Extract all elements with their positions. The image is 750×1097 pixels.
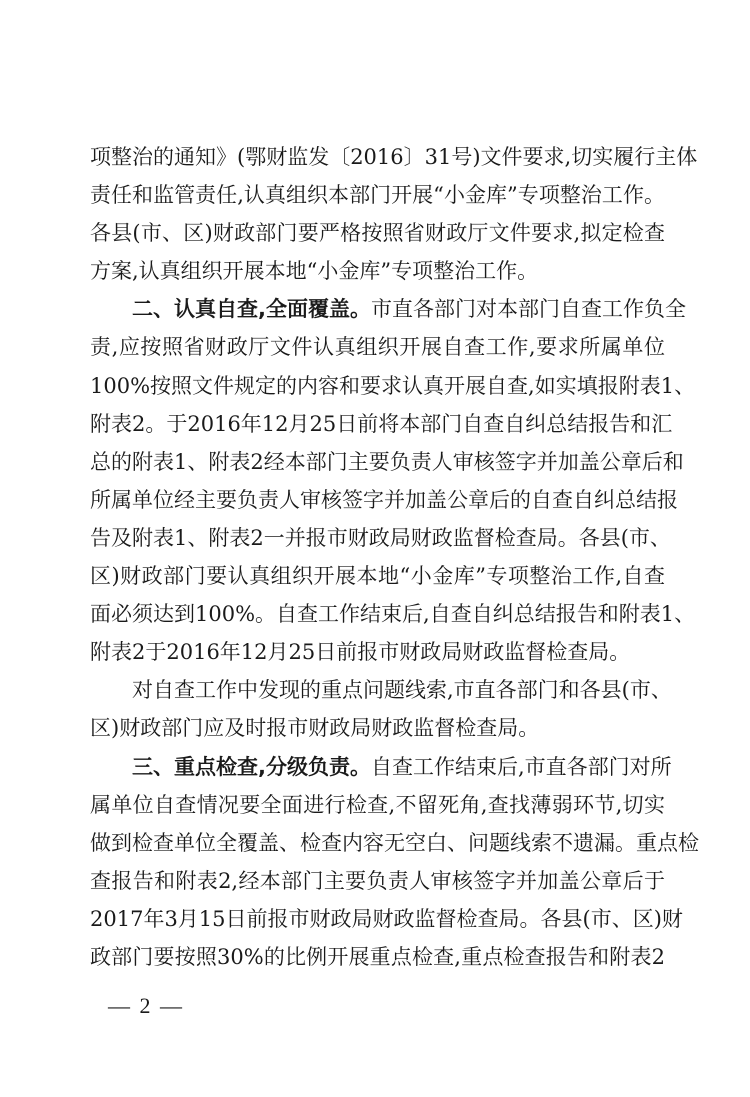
section-two-heading: 二、认真自查,全面覆盖。 [132,297,371,321]
text-line: 区)财政部门要认真组织开展本地“小金库”专项整治工作,自查 [90,557,665,595]
text-line: 区)财政部门应及时报市财政局财政监督检查局。 [90,709,665,747]
text-line: 对自查工作中发现的重点问题线索,市直各部门和各县(市、 [90,671,665,709]
text-line: 2017年3月15日前报市财政局财政监督检查局。各县(市、区)财 [90,900,665,938]
section-two-first-line: 二、认真自查,全面覆盖。市直各部门对本部门自查工作负全 [90,290,665,328]
text-line: 附表2于2016年12月25日前报市财政局财政监督检查局。 [90,633,665,671]
text-line: 做到检查单位全覆盖、检查内容无空白、问题线索不遗漏。重点检 [90,824,665,862]
text-line: 责任和监管责任,认真组织本部门开展“小金库”专项整治工作。 [90,176,665,214]
section-two-text: 市直各部门对本部门自查工作负全 [371,297,686,321]
section-three-heading: 三、重点检查,分级负责。 [132,755,371,779]
text-line: 告及附表1、附表2一并报市财政局财政监督检查局。各县(市、 [90,519,665,557]
text-line: 附表2。于2016年12月25日前将本部门自查自纠总结报告和汇 [90,405,665,443]
section-three-text: 自查工作结束后,市直各部门对所 [371,755,672,779]
text-line: 面必须达到100%。自查工作结束后,自查自纠总结报告和附表1、 [90,595,665,633]
text-line: 各县(市、区)财政部门要严格按照省财政厅文件要求,拟定检查 [90,214,665,252]
document-page: 项整治的通知》(鄂财监发〔2016〕31号)文件要求,切实履行主体 责任和监管责… [90,138,665,976]
text-line: 政部门要按照30%的比例开展重点检查,重点检查报告和附表2 [90,938,665,976]
section-three-first-line: 三、重点检查,分级负责。自查工作结束后,市直各部门对所 [90,748,665,786]
text-line: 总的附表1、附表2经本部门主要负责人审核签字并加盖公章后和 [90,443,665,481]
text-line: 责,应按照省财政厅文件认真组织开展自查工作,要求所属单位 [90,328,665,366]
text-line: 方案,认真组织开展本地“小金库”专项整治工作。 [90,252,665,290]
text-line: 100%按照文件规定的内容和要求认真开展自查,如实填报附表1、 [90,367,665,405]
text-line: 项整治的通知》(鄂财监发〔2016〕31号)文件要求,切实履行主体 [90,138,665,176]
page-number: — 2 — [108,993,184,1019]
text-line: 查报告和附表2,经本部门主要负责人审核签字并加盖公章后于 [90,862,665,900]
text-line: 属单位自查情况要全面进行检查,不留死角,查找薄弱环节,切实 [90,786,665,824]
text-line: 所属单位经主要负责人审核签字并加盖公章后的自查自纠总结报 [90,481,665,519]
